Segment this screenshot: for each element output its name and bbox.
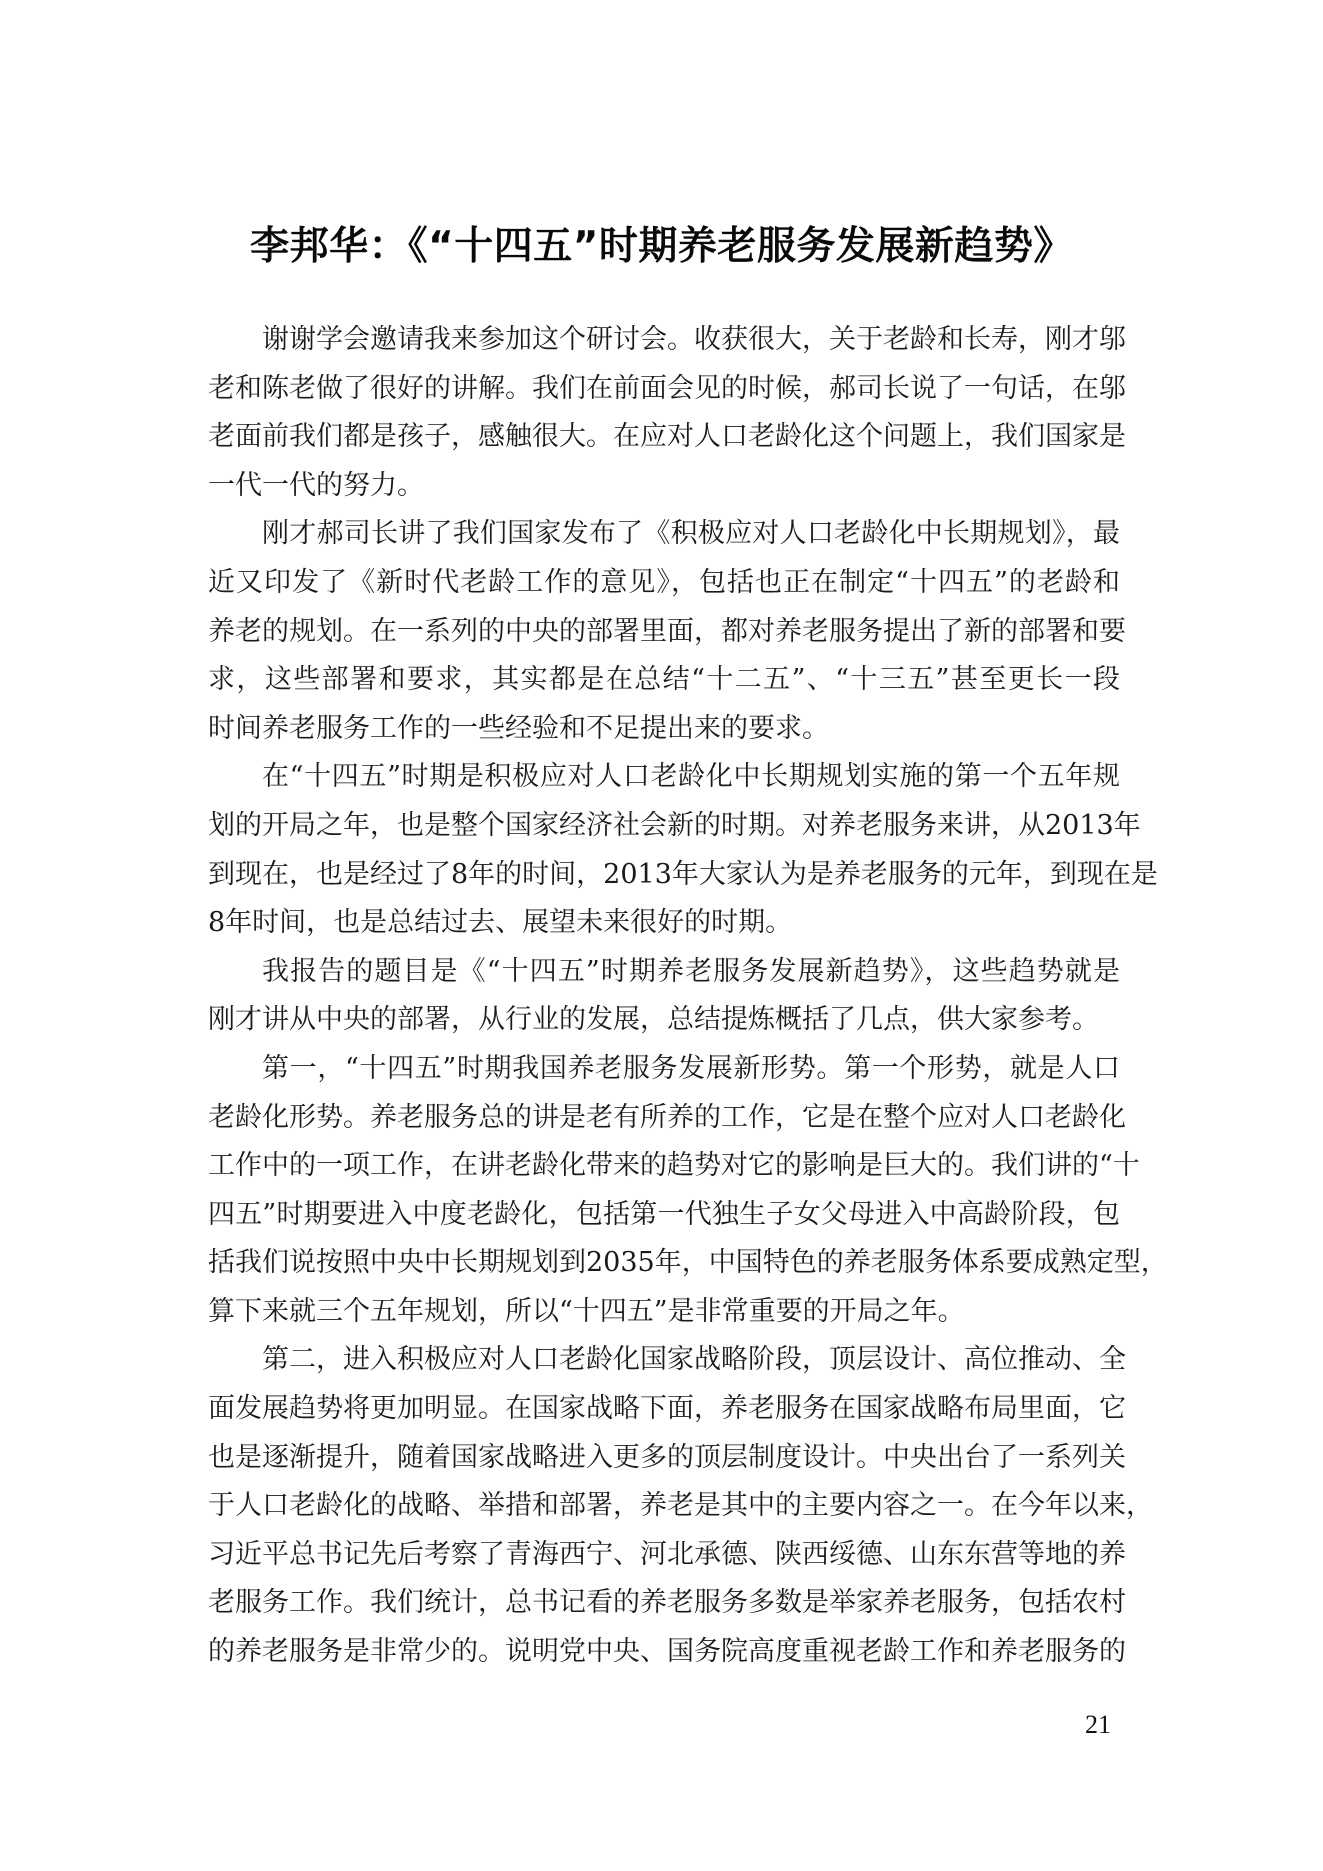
text-line: 习近平总书记先后考察了青海西宁、河北承德、陕西绥德、山东东营等地的养: [208, 1531, 1120, 1580]
text-line: 老面前我们都是孩子，感触很大。在应对人口老龄化这个问题上，我们国家是: [208, 413, 1120, 462]
text-line: 近又印发了《新时代老龄工作的意见》，包括也正在制定“十四五”的老龄和: [208, 559, 1120, 608]
text-line: 到现在，也是经过了8年的时间，2013年大家认为是养老服务的元年，到现在是: [208, 851, 1120, 900]
text-line: 算下来就三个五年规划，所以“十四五”是非常重要的开局之年。: [208, 1288, 1120, 1337]
text-line: 划的开局之年，也是整个国家经济社会新的时期。对养老服务来讲，从2013年: [208, 802, 1120, 851]
text-line: 第二，进入积极应对人口老龄化国家战略阶段，顶层设计、高位推动、全: [208, 1336, 1120, 1385]
text-line: 刚才讲从中央的部署，从行业的发展，总结提炼概括了几点，供大家参考。: [208, 996, 1120, 1045]
text-line: 老龄化形势。养老服务总的讲是老有所养的工作，它是在整个应对人口老龄化: [208, 1094, 1120, 1143]
text-line: 刚才郝司长讲了我们国家发布了《积极应对人口老龄化中长期规划》，最: [208, 510, 1120, 559]
text-line: 老和陈老做了很好的讲解。我们在前面会见的时候，郝司长说了一句话，在邬: [208, 365, 1120, 414]
text-line: 在“十四五”时期是积极应对人口老龄化中长期规划实施的第一个五年规: [208, 753, 1120, 802]
text-line: 于人口老龄化的战略、举措和部署，养老是其中的主要内容之一。在今年以来，: [208, 1482, 1120, 1531]
article-title: 李邦华：《“十四五”时期养老服务发展新趋势》: [0, 222, 1323, 272]
text-line: 括我们说按照中央中长期规划到2035年，中国特色的养老服务体系要成熟定型，: [208, 1239, 1120, 1288]
text-line: 一代一代的努力。: [208, 462, 1120, 511]
text-line: 的养老服务是非常少的。说明党中央、国务院高度重视老龄工作和养老服务的: [208, 1628, 1120, 1677]
text-line: 时间养老服务工作的一些经验和不足提出来的要求。: [208, 705, 1120, 754]
text-line: 四五”时期要进入中度老龄化，包括第一代独生子女父母进入中高龄阶段，包: [208, 1191, 1120, 1240]
text-line: 工作中的一项工作，在讲老龄化带来的趋势对它的影响是巨大的。我们讲的“十: [208, 1142, 1120, 1191]
article-body: 谢谢学会邀请我来参加这个研讨会。收获很大，关于老龄和长寿，刚才邬 老和陈老做了很…: [208, 316, 1120, 1677]
text-line: 老服务工作。我们统计，总书记看的养老服务多数是举家养老服务，包括农村: [208, 1579, 1120, 1628]
text-line: 谢谢学会邀请我来参加这个研讨会。收获很大，关于老龄和长寿，刚才邬: [208, 316, 1120, 365]
document-page: 李邦华：《“十四五”时期养老服务发展新趋势》 谢谢学会邀请我来参加这个研讨会。收…: [0, 0, 1323, 1871]
text-line: 8年时间，也是总结过去、展望未来很好的时期。: [208, 899, 1120, 948]
text-line: 第一，“十四五”时期我国养老服务发展新形势。第一个形势，就是人口: [208, 1045, 1120, 1094]
page-number: 21: [1085, 1710, 1111, 1740]
text-line: 养老的规划。在一系列的中央的部署里面，都对养老服务提出了新的部署和要: [208, 608, 1120, 657]
text-line: 我报告的题目是《“十四五”时期养老服务发展新趋势》，这些趋势就是: [208, 948, 1120, 997]
text-line: 面发展趋势将更加明显。在国家战略下面，养老服务在国家战略布局里面，它: [208, 1385, 1120, 1434]
text-line: 也是逐渐提升，随着国家战略进入更多的顶层制度设计。中央出台了一系列关: [208, 1434, 1120, 1483]
text-line: 求，这些部署和要求，其实都是在总结“十二五”、“十三五”甚至更长一段: [208, 656, 1120, 705]
